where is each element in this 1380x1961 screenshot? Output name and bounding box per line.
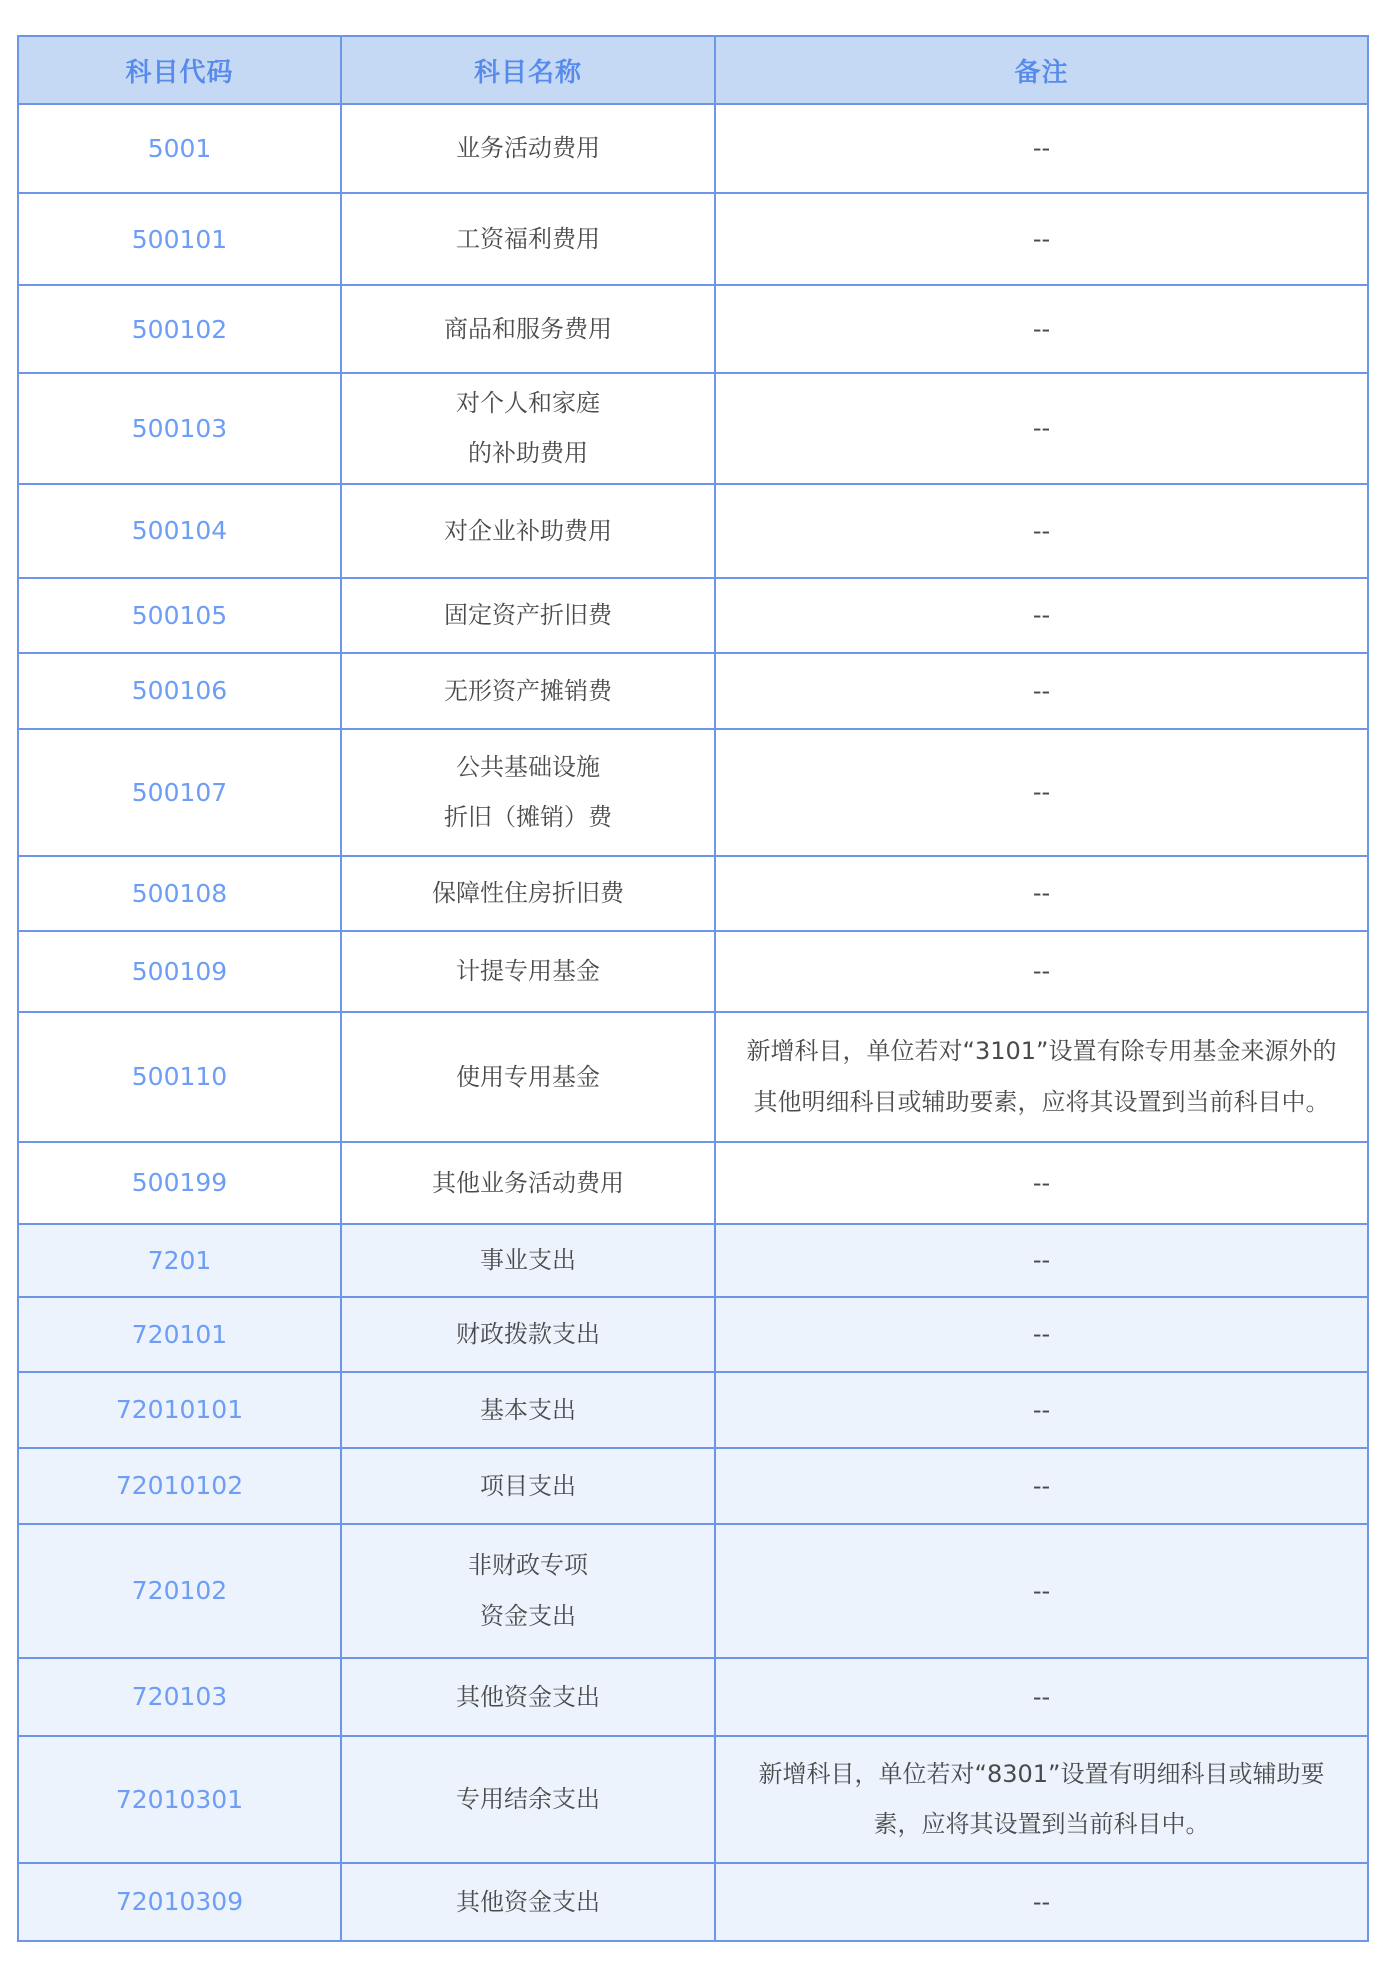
subjects-table: 科目代码 科目名称 备注 5001 业务活动费用 -- 500101 工资福利费… bbox=[17, 35, 1369, 1942]
remark-cell: -- bbox=[715, 1863, 1368, 1941]
subject-code-cell: 72010301 bbox=[18, 1736, 341, 1863]
remark-cell: -- bbox=[715, 578, 1368, 653]
table-row: 72010102 项目支出 -- bbox=[18, 1448, 1368, 1524]
table-row: 500199 其他业务活动费用 -- bbox=[18, 1142, 1368, 1224]
subject-code-cell: 500107 bbox=[18, 729, 341, 856]
subject-name-cell: 使用专用基金 bbox=[341, 1012, 715, 1142]
table-row: 500107 公共基础设施 折旧（摊销）费 -- bbox=[18, 729, 1368, 856]
remark-cell: -- bbox=[715, 856, 1368, 931]
subject-code-cell: 500109 bbox=[18, 931, 341, 1012]
subject-name-cell: 工资福利费用 bbox=[341, 193, 715, 285]
subject-code-cell: 500102 bbox=[18, 285, 341, 373]
table-row: 72010309 其他资金支出 -- bbox=[18, 1863, 1368, 1941]
remark-cell: -- bbox=[715, 653, 1368, 729]
remark-cell: -- bbox=[715, 104, 1368, 193]
subject-name-cell: 其他资金支出 bbox=[341, 1863, 715, 1941]
table-row: 720101 财政拨款支出 -- bbox=[18, 1297, 1368, 1372]
remark-cell: -- bbox=[715, 1372, 1368, 1448]
subject-name-cell: 对企业补助费用 bbox=[341, 484, 715, 578]
subject-code-cell: 500108 bbox=[18, 856, 341, 931]
subject-code-cell: 500110 bbox=[18, 1012, 341, 1142]
table-row: 500101 工资福利费用 -- bbox=[18, 193, 1368, 285]
subject-name-cell: 专用结余支出 bbox=[341, 1736, 715, 1863]
subject-code-cell: 500199 bbox=[18, 1142, 341, 1224]
subject-code-cell: 500104 bbox=[18, 484, 341, 578]
subject-name-cell: 其他业务活动费用 bbox=[341, 1142, 715, 1224]
subject-name-cell: 固定资产折旧费 bbox=[341, 578, 715, 653]
subject-code-cell: 500103 bbox=[18, 373, 341, 484]
subject-name-cell: 项目支出 bbox=[341, 1448, 715, 1524]
subject-code-cell: 72010309 bbox=[18, 1863, 341, 1941]
remark-cell: -- bbox=[715, 931, 1368, 1012]
table-row: 720102 非财政专项 资金支出 -- bbox=[18, 1524, 1368, 1658]
subject-name-cell: 无形资产摊销费 bbox=[341, 653, 715, 729]
table-header: 科目代码 科目名称 备注 bbox=[18, 36, 1368, 104]
subject-name-cell: 其他资金支出 bbox=[341, 1658, 715, 1736]
remark-cell: -- bbox=[715, 1142, 1368, 1224]
remark-cell: -- bbox=[715, 1297, 1368, 1372]
remark-cell: -- bbox=[715, 1448, 1368, 1524]
remark-cell: 新增科目，单位若对“8301”设置有明细科目或辅助要 素，应将其设置到当前科目中… bbox=[715, 1736, 1368, 1863]
table-row: 500110 使用专用基金 新增科目，单位若对“3101”设置有除专用基金来源外… bbox=[18, 1012, 1368, 1142]
table-row: 7201 事业支出 -- bbox=[18, 1224, 1368, 1297]
table-row: 500109 计提专用基金 -- bbox=[18, 931, 1368, 1012]
subject-code-cell: 500101 bbox=[18, 193, 341, 285]
table-body: 5001 业务活动费用 -- 500101 工资福利费用 -- 500102 商… bbox=[18, 104, 1368, 1941]
table-row: 500102 商品和服务费用 -- bbox=[18, 285, 1368, 373]
remark-cell: -- bbox=[715, 1224, 1368, 1297]
subject-name-cell: 非财政专项 资金支出 bbox=[341, 1524, 715, 1658]
table-row: 500105 固定资产折旧费 -- bbox=[18, 578, 1368, 653]
remark-cell: -- bbox=[715, 1658, 1368, 1736]
subject-name-cell: 财政拨款支出 bbox=[341, 1297, 715, 1372]
remark-cell: 新增科目，单位若对“3101”设置有除专用基金来源外的 其他明细科目或辅助要素，… bbox=[715, 1012, 1368, 1142]
subject-name-cell: 对个人和家庭 的补助费用 bbox=[341, 373, 715, 484]
table-row: 500104 对企业补助费用 -- bbox=[18, 484, 1368, 578]
subject-name-cell: 商品和服务费用 bbox=[341, 285, 715, 373]
subject-code-cell: 72010101 bbox=[18, 1372, 341, 1448]
subject-code-cell: 72010102 bbox=[18, 1448, 341, 1524]
remark-cell: -- bbox=[715, 1524, 1368, 1658]
remark-cell: -- bbox=[715, 285, 1368, 373]
table-row: 500108 保障性住房折旧费 -- bbox=[18, 856, 1368, 931]
subject-code-cell: 7201 bbox=[18, 1224, 341, 1297]
remark-cell: -- bbox=[715, 193, 1368, 285]
remark-cell: -- bbox=[715, 484, 1368, 578]
remark-cell: -- bbox=[715, 373, 1368, 484]
subject-name-cell: 业务活动费用 bbox=[341, 104, 715, 193]
subject-name-cell: 基本支出 bbox=[341, 1372, 715, 1448]
remark-cell: -- bbox=[715, 729, 1368, 856]
header-row: 科目代码 科目名称 备注 bbox=[18, 36, 1368, 104]
subject-code-cell: 5001 bbox=[18, 104, 341, 193]
header-subject-code: 科目代码 bbox=[18, 36, 341, 104]
subject-code-cell: 720103 bbox=[18, 1658, 341, 1736]
table-row: 720103 其他资金支出 -- bbox=[18, 1658, 1368, 1736]
subject-name-cell: 计提专用基金 bbox=[341, 931, 715, 1012]
subject-name-cell: 事业支出 bbox=[341, 1224, 715, 1297]
subject-code-cell: 500106 bbox=[18, 653, 341, 729]
subject-code-cell: 720102 bbox=[18, 1524, 341, 1658]
table-row: 72010301 专用结余支出 新增科目，单位若对“8301”设置有明细科目或辅… bbox=[18, 1736, 1368, 1863]
table-row: 72010101 基本支出 -- bbox=[18, 1372, 1368, 1448]
page: 科目代码 科目名称 备注 5001 业务活动费用 -- 500101 工资福利费… bbox=[0, 0, 1380, 1961]
table-row: 500106 无形资产摊销费 -- bbox=[18, 653, 1368, 729]
subject-name-cell: 保障性住房折旧费 bbox=[341, 856, 715, 931]
subject-name-cell: 公共基础设施 折旧（摊销）费 bbox=[341, 729, 715, 856]
subject-code-cell: 500105 bbox=[18, 578, 341, 653]
subject-code-cell: 720101 bbox=[18, 1297, 341, 1372]
table-row: 5001 业务活动费用 -- bbox=[18, 104, 1368, 193]
table-row: 500103 对个人和家庭 的补助费用 -- bbox=[18, 373, 1368, 484]
header-subject-name: 科目名称 bbox=[341, 36, 715, 104]
header-remark: 备注 bbox=[715, 36, 1368, 104]
